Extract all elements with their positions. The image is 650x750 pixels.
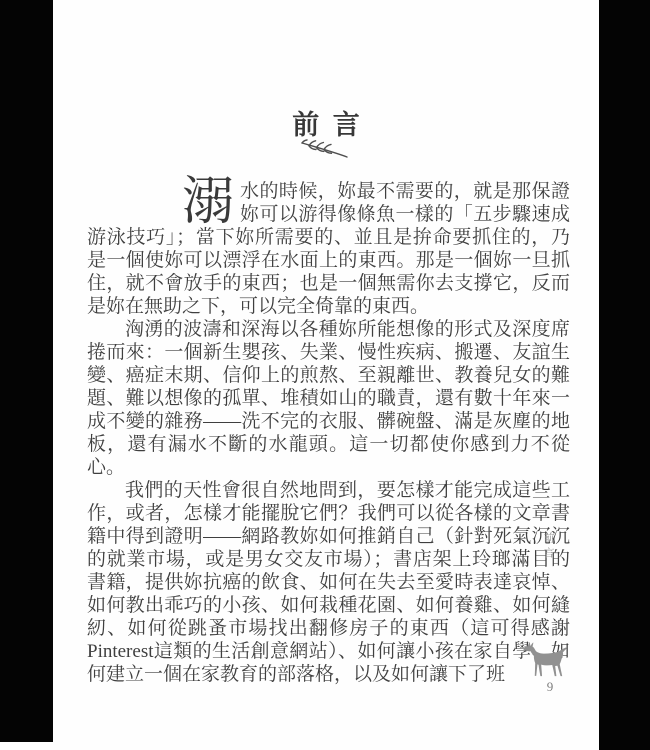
page-number: 9 <box>538 679 562 695</box>
scan-background-right <box>599 0 650 750</box>
paragraph-3: 我們的天性會很自然地問到，要怎樣才能完成這些工作，或者，怎樣才能擺脫它們？我們可… <box>87 479 570 686</box>
paragraph-1: 溺水的時候，妳最不需要的，就是那保證妳可以游得像條魚一樣的「五步驟速成游泳技巧」… <box>87 180 570 318</box>
paragraph-1-text: 水的時候，妳最不需要的，就是那保證妳可以游得像條魚一樣的「五步驟速成游泳技巧」；… <box>87 181 570 317</box>
scan-background-left <box>0 0 53 742</box>
book-page-scan: 前言 溺水的時候，妳最不需要的，就是那保證妳可以游得像條魚一樣的「五步驟速成游泳… <box>0 0 650 750</box>
deer-icon <box>520 641 572 679</box>
twig-ornament-icon <box>297 137 349 161</box>
drop-cap: 溺 <box>182 181 234 226</box>
running-header: 前言 <box>540 532 556 562</box>
body-text: 溺水的時候，妳最不需要的，就是那保證妳可以游得像條魚一樣的「五步驟速成游泳技巧」… <box>87 180 570 686</box>
paragraph-2: 洶湧的波濤和深海以各種妳所能想像的形式及深度席捲而來：一個新生嬰孩、失業、慢性疾… <box>87 318 570 479</box>
